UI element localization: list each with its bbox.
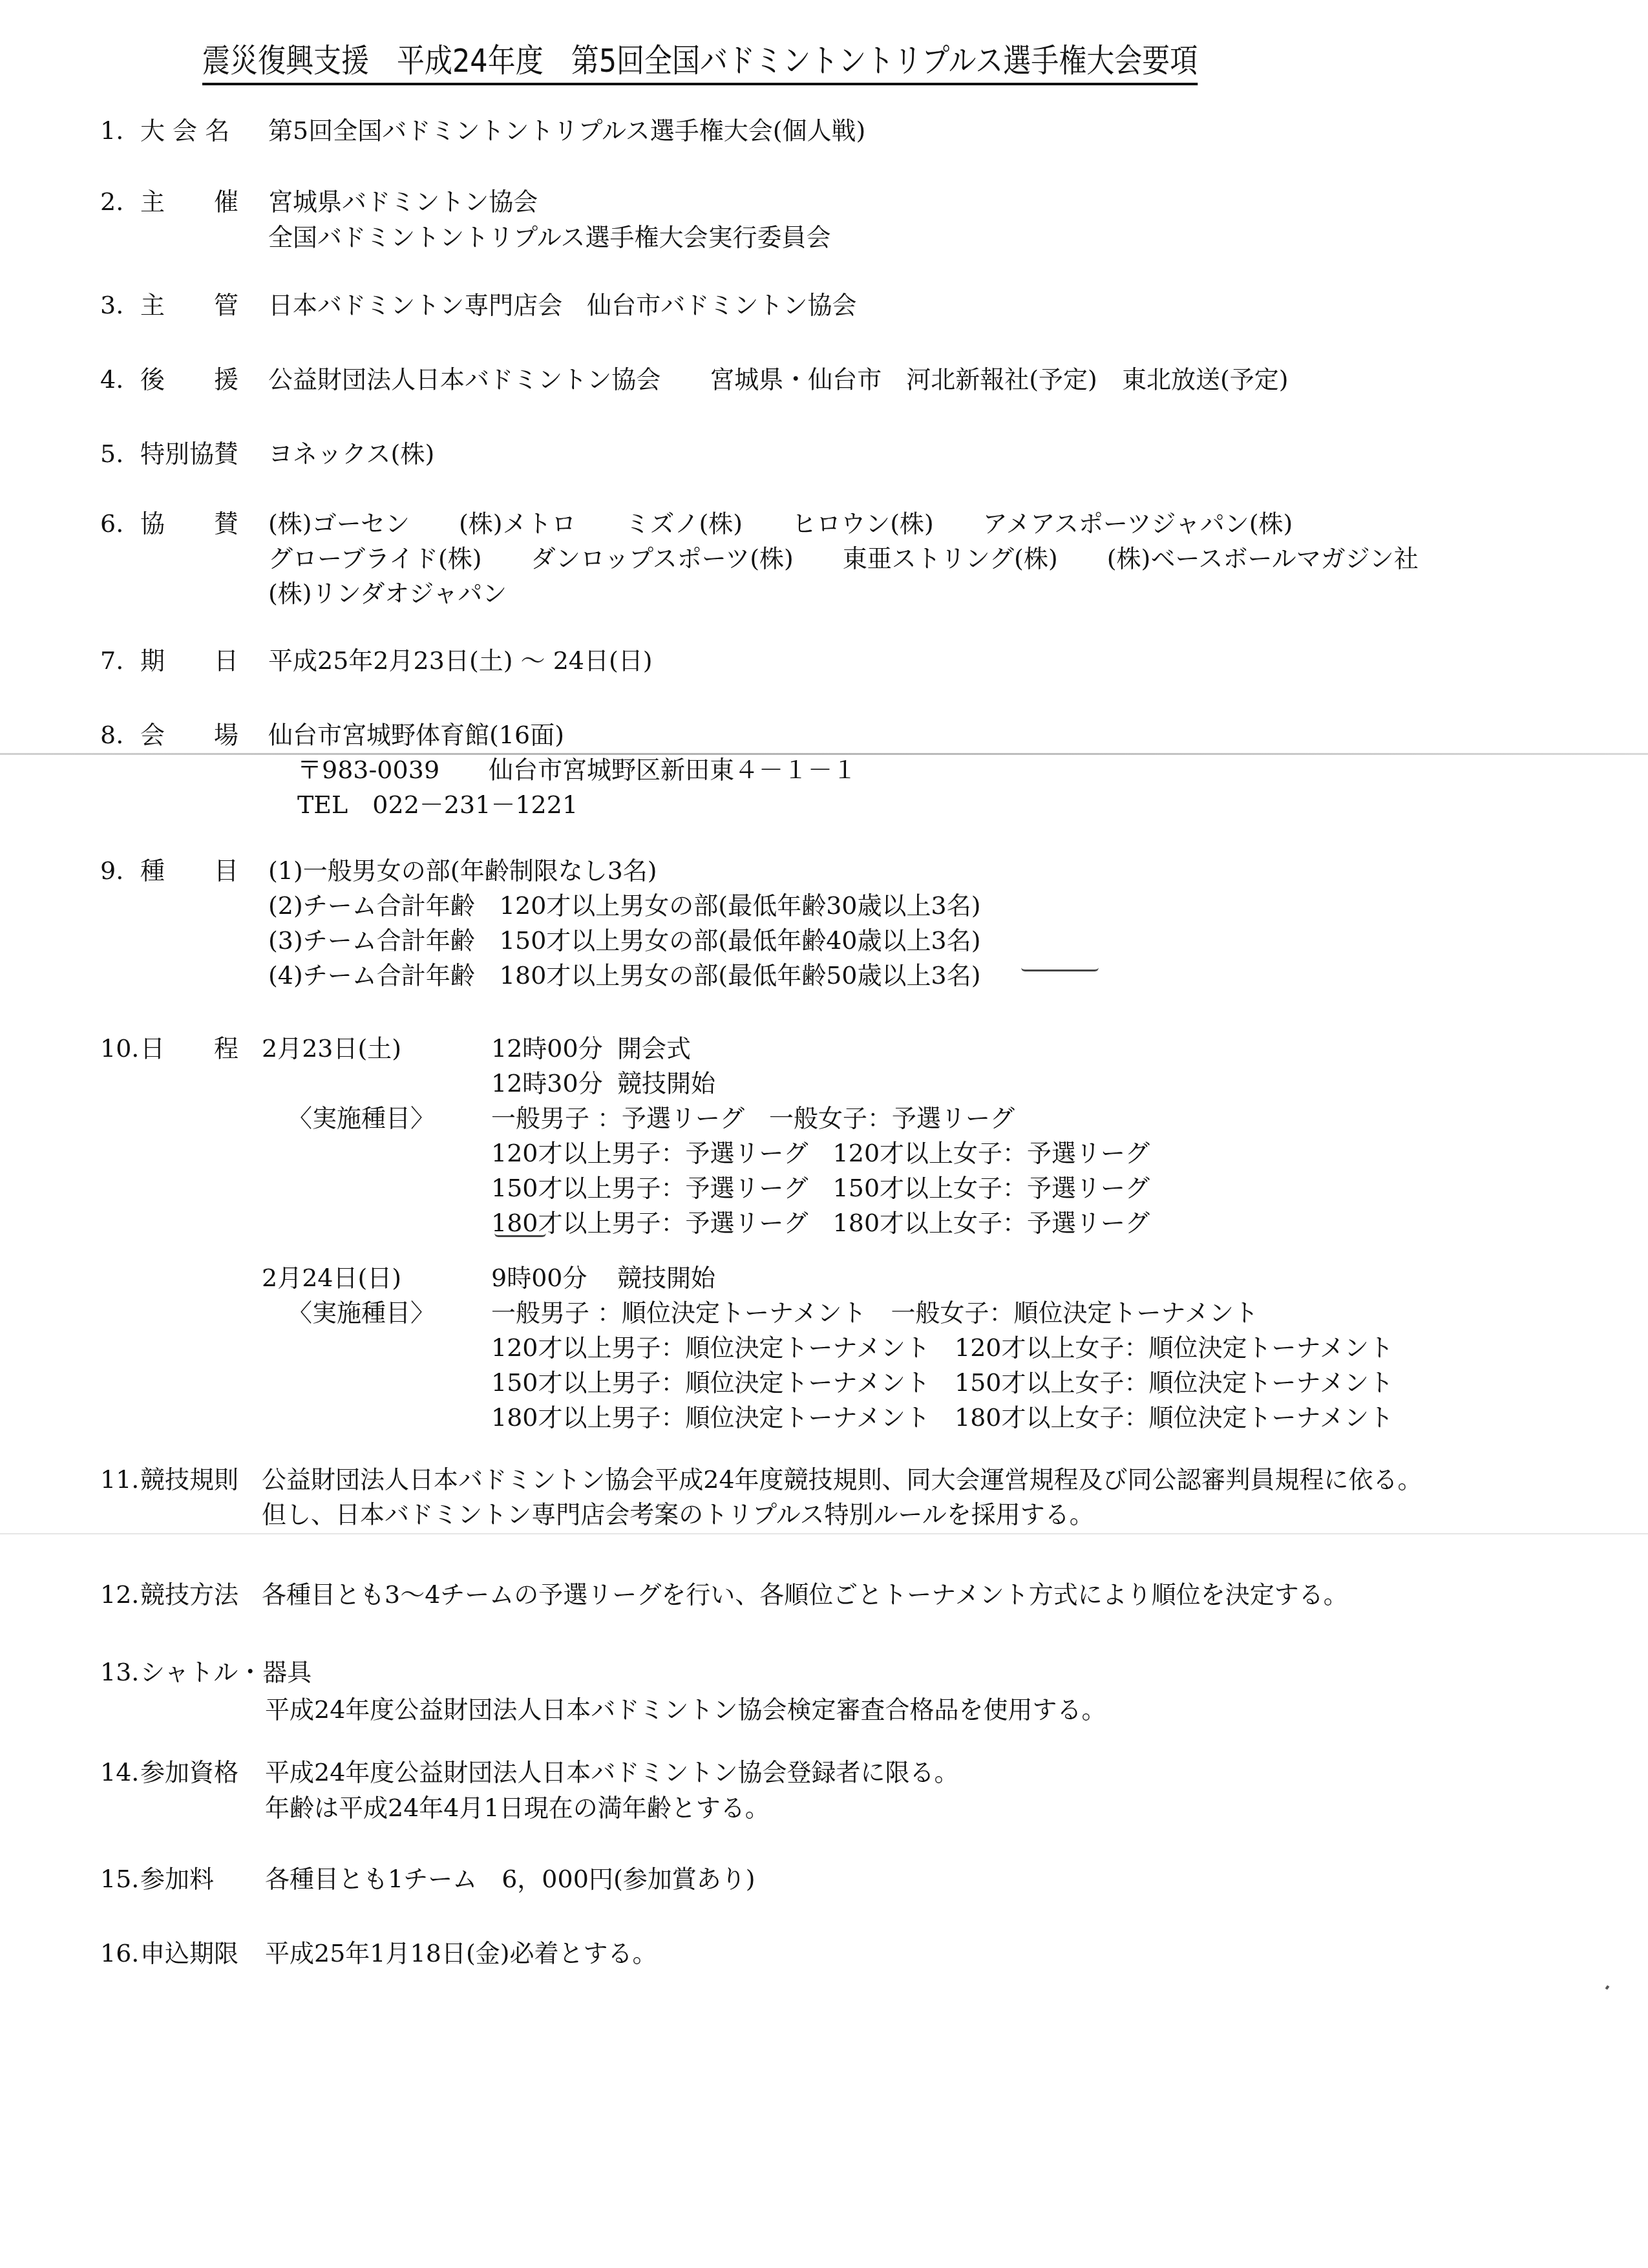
- section-label: 主 管: [140, 291, 238, 319]
- section-number: 10.: [100, 1031, 140, 1066]
- section-label: 種 目: [140, 856, 238, 885]
- scan-speck: [1605, 1985, 1610, 1989]
- section-label: 参加料: [140, 1865, 214, 1893]
- schedule-event-line: 120才以上男子：予選リーグ 120才以上女子：予選リーグ: [491, 1136, 1150, 1171]
- schedule-event-line: 150才以上男子：予選リーグ 150才以上女子：予選リーグ: [491, 1171, 1150, 1205]
- section-number: 2.: [100, 184, 140, 219]
- section-label: 日 程: [140, 1034, 238, 1063]
- events-label: 〈実施種目〉: [288, 1295, 435, 1330]
- section-number: 5.: [100, 436, 140, 471]
- sponsor-line: グローブライド(株) ダンロップスポーツ(株) 東亜ストリング(株) (株)ベー…: [268, 541, 1419, 576]
- schedule-time: 12時30分: [491, 1066, 603, 1101]
- section-value: ヨネックス(株): [268, 436, 434, 471]
- venue-address: 〒983-0039 仙台市宮城野区新田東４－１－１: [297, 752, 857, 787]
- schedule-event: 開会式: [617, 1031, 691, 1066]
- section-number: 1.: [100, 113, 140, 148]
- event-item: (3)チーム合計年齢 150才以上男女の部(最低年齢40歳以上3名): [268, 923, 981, 958]
- section-value: 但し、日本バドミントン専門店会考案のトリプルス特別ルールを採用する。: [262, 1497, 1094, 1532]
- section-value: 各種目とも1チーム 6，000円(参加賞あり): [265, 1861, 755, 1896]
- schedule-event: 競技開始: [617, 1260, 715, 1295]
- section-value: 平成24年度公益財団法人日本バドミントン協会登録者に限る。: [265, 1755, 959, 1790]
- section-label: 競技方法: [140, 1580, 238, 1609]
- schedule-time: 12時00分: [491, 1031, 603, 1066]
- sponsor-line: (株)リンダオジャパン: [268, 576, 507, 611]
- section-label: 特別協賛: [140, 440, 238, 468]
- section-label: 会 場: [140, 721, 238, 749]
- section-value: 公益財団法人日本バドミントン協会平成24年度競技規則、同大会運営規程及び同公認審…: [262, 1462, 1422, 1497]
- section-value: 平成25年1月18日(金)必着とする。: [265, 1936, 657, 1971]
- section-label: 申込期限: [140, 1939, 238, 1967]
- events-label: 〈実施種目〉: [288, 1101, 435, 1136]
- section-value: 第5回全国バドミントントリプルス選手権大会(個人戦): [268, 113, 865, 148]
- section-number: 15.: [100, 1861, 140, 1896]
- schedule-event-line: 120才以上男子：順位決定トーナメント 120才以上女子：順位決定トーナメント: [491, 1330, 1393, 1365]
- event-item: (1)一般男女の部(年齢制限なし3名): [268, 853, 657, 888]
- section-value: 全国バドミントントリプルス選手権大会実行委員会: [268, 220, 831, 255]
- section-label: 後 援: [140, 365, 238, 394]
- section-value: 年齢は平成24年4月1日現在の満年齢とする。: [265, 1790, 770, 1825]
- section-number: 14.: [100, 1755, 140, 1790]
- venue-name: 仙台市宮城野体育館(16面): [268, 717, 564, 752]
- section-label: 大 会 名: [140, 116, 229, 145]
- section-value: 宮城県バドミントン協会: [268, 184, 538, 219]
- section-label: 協 賛: [140, 509, 238, 538]
- section-label: 期 日: [140, 646, 238, 675]
- page-title: 震災復興支援 平成24年度 第5回全国バドミントントリプルス選手権大会要項: [202, 40, 1198, 85]
- section-value: 平成25年2月23日(土) 〜 24日(日): [268, 643, 653, 678]
- section-value: 平成24年度公益財団法人日本バドミントン協会検定審査合格品を使用する。: [265, 1692, 1106, 1727]
- section-number: 6.: [100, 506, 140, 541]
- section-number: 12.: [100, 1577, 140, 1612]
- section-label: 参加資格: [140, 1758, 238, 1786]
- section-label: 競技規則: [140, 1465, 238, 1494]
- schedule-event-line: 一般男子 ：順位決定トーナメント 一般女子：順位決定トーナメント: [491, 1295, 1258, 1330]
- event-item: (2)チーム合計年齢 120才以上男女の部(最低年齢30歳以上3名): [268, 888, 981, 923]
- venue-phone: TEL 022－231－1221: [297, 787, 578, 822]
- section-number: 3.: [100, 288, 140, 323]
- section-label: シャトル・器具: [140, 1658, 312, 1686]
- schedule-event-line: 150才以上男子：順位決定トーナメント 150才以上女子：順位決定トーナメント: [491, 1365, 1393, 1400]
- fold-crease: [0, 1533, 1648, 1534]
- pen-mark: [1021, 968, 1099, 971]
- fold-crease: [0, 753, 1648, 755]
- schedule-time: 9時00分: [491, 1260, 587, 1295]
- document-page: 震災復興支援 平成24年度 第5回全国バドミントントリプルス選手権大会要項 1.…: [0, 0, 1648, 2268]
- schedule-event-line: 180才以上男子：予選リーグ 180才以上女子：予選リーグ: [491, 1205, 1150, 1240]
- section-number: 7.: [100, 643, 140, 678]
- section-label: 主 催: [140, 187, 238, 216]
- section-value: 各種目とも3～4チームの予選リーグを行い、各順位ごとトーナメント方式により順位を…: [262, 1577, 1348, 1612]
- section-number: 13.: [100, 1655, 140, 1690]
- section-number: 11.: [100, 1462, 140, 1497]
- section-value: 公益財団法人日本バドミントン協会 宮城県・仙台市 河北新報社(予定) 東北放送(…: [268, 362, 1289, 397]
- pen-mark: [494, 1233, 546, 1237]
- schedule-date: 2月24日(日): [262, 1260, 401, 1295]
- event-item: (4)チーム合計年齢 180才以上男女の部(最低年齢50歳以上3名): [268, 958, 981, 993]
- section-value: 日本バドミントン専門店会 仙台市バドミントン協会: [268, 288, 856, 323]
- schedule-event: 競技開始: [617, 1066, 715, 1101]
- schedule-event-line: 一般男子 ：予選リーグ 一般女子：予選リーグ: [491, 1101, 1015, 1136]
- section-number: 9.: [100, 853, 140, 888]
- schedule-event-line: 180才以上男子：順位決定トーナメント 180才以上女子：順位決定トーナメント: [491, 1400, 1393, 1435]
- section-number: 16.: [100, 1936, 140, 1971]
- section-number: 4.: [100, 362, 140, 397]
- section-number: 8.: [100, 717, 140, 752]
- schedule-date: 2月23日(土): [262, 1031, 401, 1066]
- sponsor-line: (株)ゴーセン (株)メトロ ミズノ(株) ヒロウン(株) アメアスポーツジャパ…: [268, 506, 1293, 541]
